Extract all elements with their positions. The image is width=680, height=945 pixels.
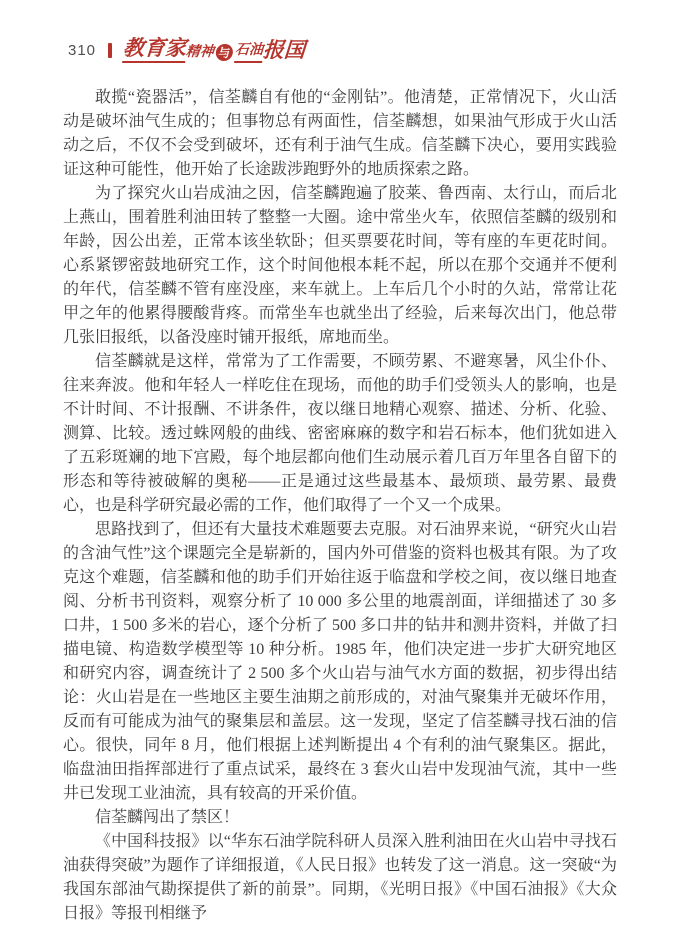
paragraph: 敢揽“瓷器活”，信荃麟自有他的“金刚钻”。他清楚，正常情况下，火山活动是破坏油气… xyxy=(63,86,617,182)
series-logo: 教育家 精神 与 石油 报国 xyxy=(122,38,306,63)
paragraph: 信荃麟就是这样，常常为了工作需要，不顾劳累、不避寒暑，风尘仆仆、往来奔波。他和年… xyxy=(63,350,617,518)
page-header: 310 教育家 精神 与 石油 报国 xyxy=(68,32,305,68)
body-text: 敢揽“瓷器活”，信荃麟自有他的“金刚钻”。他清楚，正常情况下，火山活动是破坏油气… xyxy=(63,86,617,926)
logo-text-spirit: 精神 xyxy=(185,46,214,63)
logo-text-oil: 石油 xyxy=(234,44,263,63)
page-number: 310 xyxy=(68,42,96,59)
book-page: 310 教育家 精神 与 石油 报国 敢揽“瓷器活”，信荃麟自有他的“金刚钻”。… xyxy=(0,0,680,945)
header-divider-bar xyxy=(108,43,112,58)
paragraph: 《中国科技报》以“华东石油学院科研人员深入胜利油田在火山岩中寻找石油获得突破”为… xyxy=(63,830,617,926)
paragraph: 为了探究火山岩成油之因，信荃麟跑遍了胶莱、鲁西南、太行山，而后北上燕山，围着胜利… xyxy=(63,182,617,350)
logo-and-circle-icon: 与 xyxy=(215,44,233,61)
logo-text-educator: 教育家 xyxy=(122,38,187,63)
paragraph: 信荃麟闯出了禁区！ xyxy=(63,806,617,830)
paragraph: 思路找到了，但还有大量技术难题要去克服。对石油界来说，“研究火山岩的含油气性”这… xyxy=(63,518,617,806)
logo-text-serve-country: 报国 xyxy=(262,40,306,63)
